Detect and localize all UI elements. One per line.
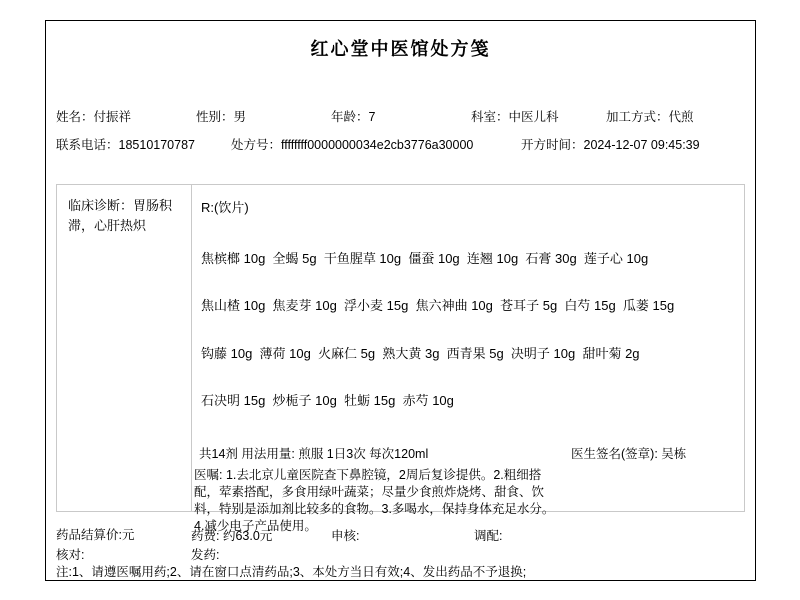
check-label: 核对: — [56, 545, 84, 563]
prescription-number-field: 处方号：ffffffff0000000034e2cb3776a30000 — [231, 135, 473, 153]
processing-method-value: 代煎 — [669, 110, 694, 124]
processing-method-label: 加工方式： — [606, 110, 669, 124]
phone-field: 联系电话：18510170787 — [56, 135, 195, 153]
doctor-signature-label: 医生签名(签章): — [571, 447, 661, 461]
patient-name-value: 付振祥 — [94, 110, 132, 124]
prescription-time-value: 2024-12-07 09:45:39 — [584, 138, 700, 152]
doctor-signature-name: 吴栋 — [661, 447, 686, 461]
footer-note: 注:1、请遵医嘱用药;2、请在窗口点清药品;3、本处方当日有效;4、发出药品不予… — [56, 562, 526, 580]
page-title: 红心堂中医馆处方笺 — [46, 35, 755, 61]
rx-header: R:(饮片) — [201, 197, 249, 216]
doctor-advice-line-3: 料，特别是添加剂比较多的食物。3.多喝水，保持身体充足水分。 — [194, 501, 554, 518]
age-field: 年龄：7 — [331, 107, 375, 125]
department-field: 科室：中医儿科 — [471, 107, 559, 125]
gender-value: 男 — [234, 110, 247, 124]
review-label: 申核: — [331, 526, 359, 544]
age-value: 7 — [369, 110, 376, 124]
dispense-label: 调配: — [474, 526, 502, 544]
medicine-line-2: 焦山楂 10g 焦麦芽 10g 浮小麦 15g 焦六神曲 10g 苍耳子 5g … — [201, 295, 746, 314]
medicine-line-4: 石决明 15g 炒栀子 10g 牡蛎 15g 赤芍 10g — [201, 390, 746, 409]
doctor-advice: 医嘱: 1.去北京儿童医院查下鼻腔镜，2周后复诊提供。2.粗细搭 配，荤素搭配，… — [194, 467, 554, 535]
patient-name-field: 姓名：付振祥 — [56, 107, 131, 125]
doctor-advice-line-2: 配，荤素搭配，多食用绿叶蔬菜；尽量少食煎炸烧烤、甜食、饮 — [194, 484, 554, 501]
settle-price-label: 药品结算价:元 — [56, 525, 134, 543]
prescription-time-label: 开方时间： — [521, 138, 584, 152]
prescription-number-value: ffffffff0000000034e2cb3776a30000 — [281, 138, 473, 152]
diagnosis-label: 临床诊断： — [68, 198, 133, 213]
phone-value: 18510170787 — [119, 138, 195, 152]
diagnosis-cell: 临床诊断：胃肠积滞，心肝热炽 — [57, 185, 192, 511]
doctor-advice-line-1: 医嘱: 1.去北京儿童医院查下鼻腔镜，2周后复诊提供。2.粗细搭 — [194, 467, 554, 484]
dosage-usage-text: 共14剂 用法用量: 煎服 1日3次 每次120ml — [199, 444, 428, 462]
department-value: 中医儿科 — [509, 110, 559, 124]
gender-label: 性别： — [196, 110, 234, 124]
medicine-line-1: 焦槟榔 10g 全蝎 5g 干鱼腥草 10g 僵蚕 10g 连翘 10g 石膏 … — [201, 248, 746, 267]
age-label: 年龄： — [331, 110, 369, 124]
drug-fee-text: 药费: 约63.0元 — [191, 526, 272, 544]
issue-label: 发药: — [191, 545, 219, 563]
department-label: 科室： — [471, 110, 509, 124]
prescription-page: 红心堂中医馆处方笺 姓名：付振祥 性别：男 年龄：7 科室：中医儿科 加工方式：… — [45, 20, 756, 581]
patient-name-label: 姓名： — [56, 110, 94, 124]
prescription-number-label: 处方号： — [231, 138, 281, 152]
phone-label: 联系电话： — [56, 138, 119, 152]
prescription-time-field: 开方时间：2024-12-07 09:45:39 — [521, 135, 700, 153]
processing-method-field: 加工方式：代煎 — [606, 107, 694, 125]
doctor-signature: 医生签名(签章): 吴栋 — [571, 444, 686, 462]
medicine-line-3: 钩藤 10g 薄荷 10g 火麻仁 5g 熟大黄 3g 西青果 5g 决明子 1… — [201, 343, 746, 362]
gender-field: 性别：男 — [196, 107, 246, 125]
